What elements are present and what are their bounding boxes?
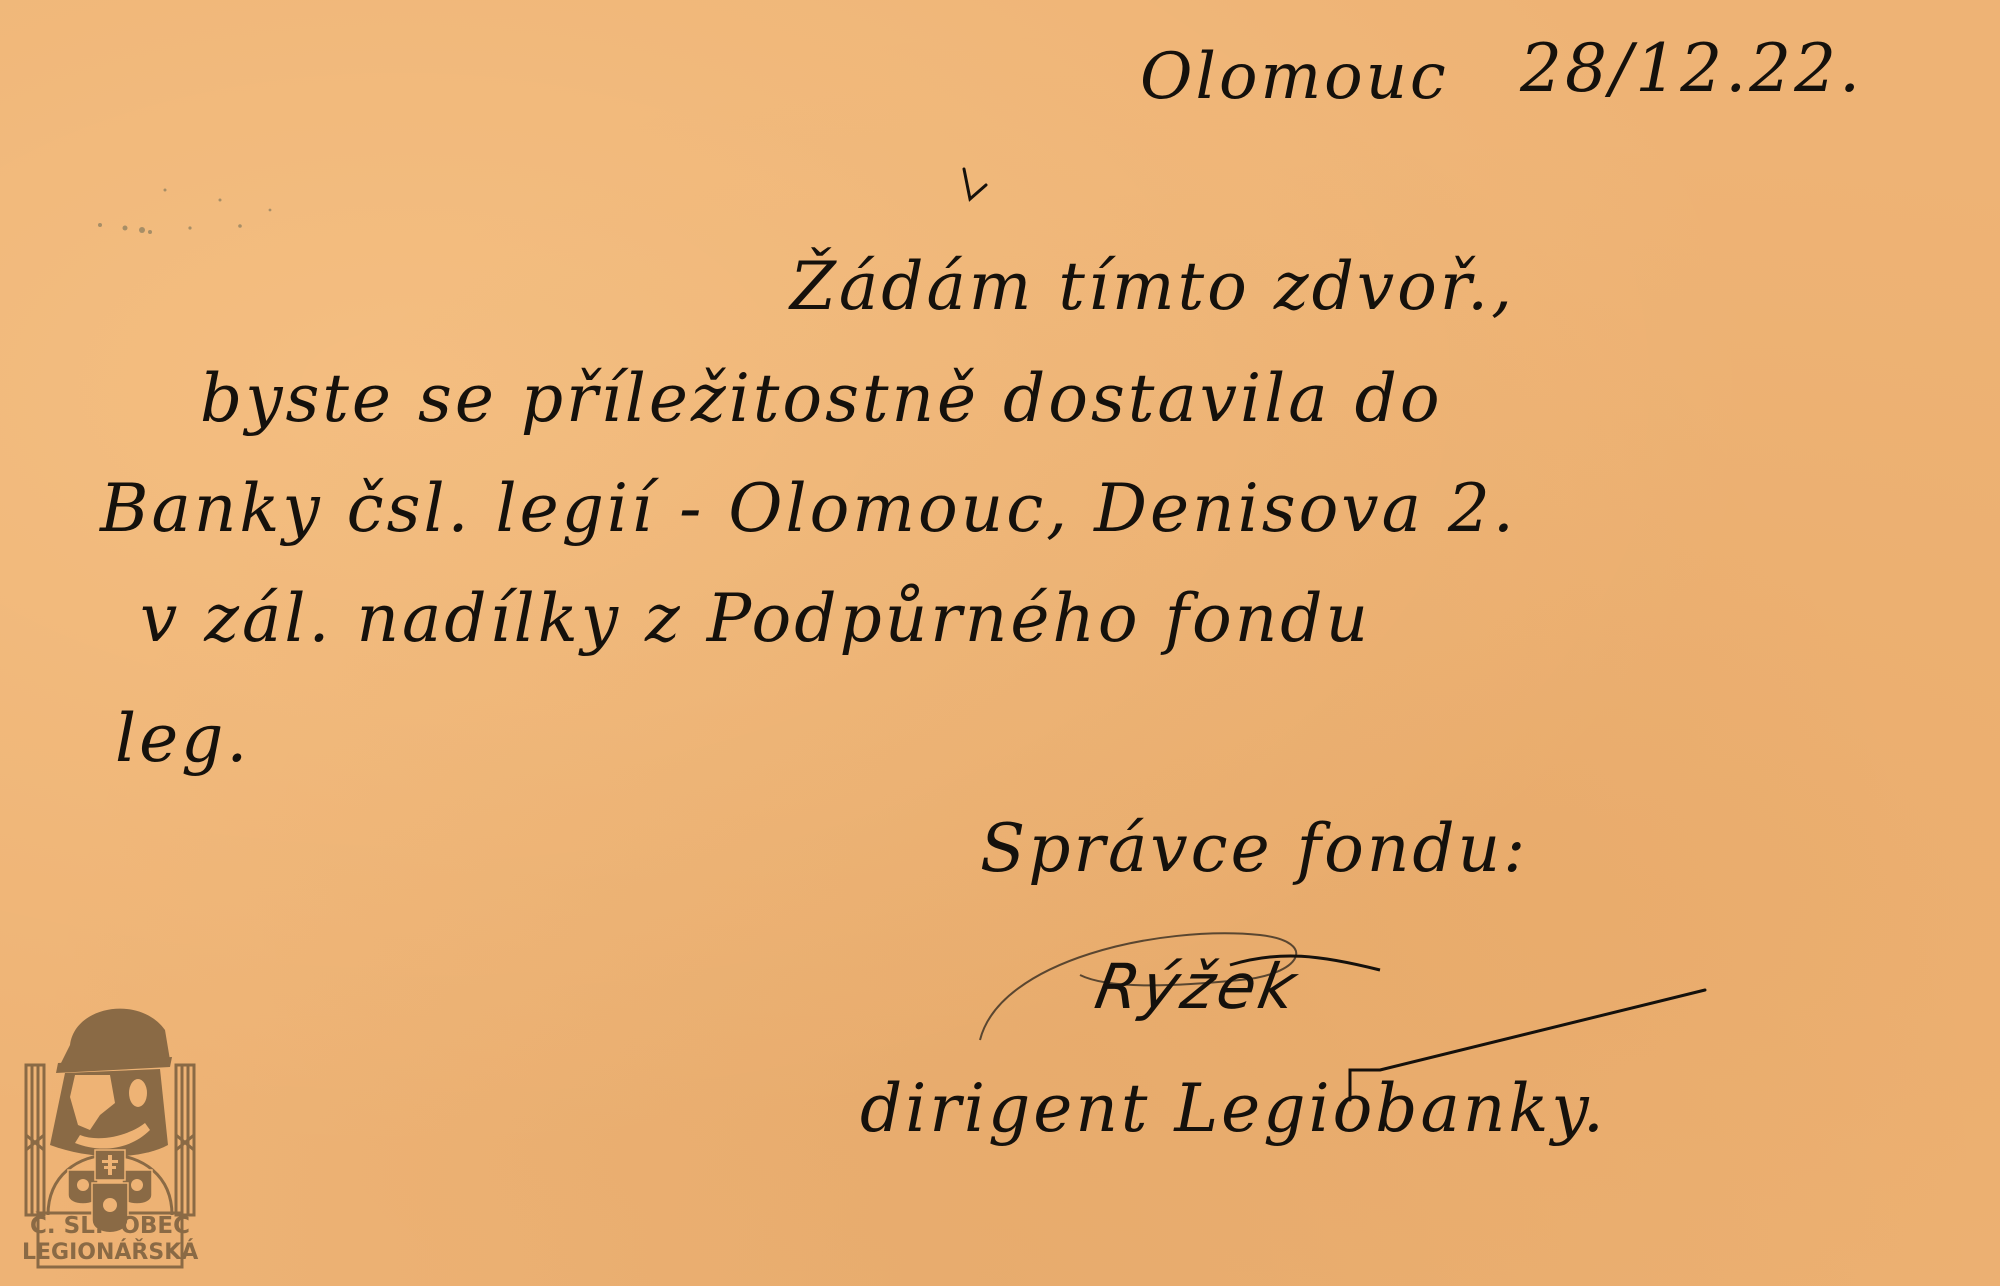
letter-date: 28/12.22. bbox=[1520, 30, 1863, 107]
body-line-5: leg. bbox=[115, 700, 250, 777]
paper-stains bbox=[70, 180, 310, 260]
logo-text-left: Č. SL. bbox=[30, 1215, 104, 1238]
signature: Rýžek bbox=[1090, 950, 1304, 1023]
postcard: Olomouc 28/12.22. Žádám tímto zdvoř., by… bbox=[0, 0, 2000, 1286]
signature-title: dirigent Legiobanky. bbox=[860, 1070, 1607, 1147]
body-line-2: byste se příležitostně dostavila do bbox=[200, 360, 1443, 437]
caron-mark bbox=[960, 165, 990, 205]
logo-text-right: OBEC bbox=[120, 1215, 190, 1238]
body-line-1: Žádám tímto zdvoř., bbox=[790, 248, 1515, 325]
logo-text-line-2: LEGIONÁŘSKÁ bbox=[22, 1242, 198, 1264]
body-line-3: Banky čsl. legií - Olomouc, Denisova 2. bbox=[100, 470, 1517, 547]
body-line-4: v zál. nadílky z Podpůrného fondu bbox=[140, 580, 1371, 657]
logo-text-line-1: Č. SL. OBEC bbox=[22, 1215, 198, 1238]
closing-line: Správce fondu: bbox=[980, 810, 1528, 887]
letter-place: Olomouc bbox=[1140, 40, 1449, 114]
